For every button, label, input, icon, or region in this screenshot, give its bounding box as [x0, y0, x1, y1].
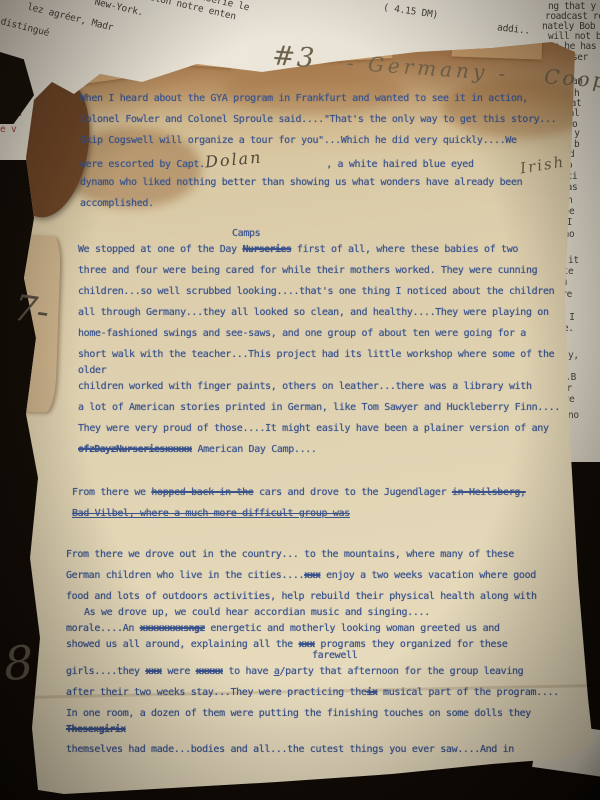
- typed-line: Camps: [232, 228, 576, 239]
- typed-segment: energetic and motherly looking woman gre…: [205, 623, 500, 634]
- typed-segment: cars and drove to the Jugendlager: [253, 487, 451, 498]
- typed-segment: a lot of American stories printed in Ger…: [78, 402, 560, 413]
- typed-segment: programs they organized for these: [315, 639, 508, 650]
- handwritten-note: Coop: [543, 64, 600, 92]
- typed-segment: xxx: [304, 570, 320, 581]
- typed-segment: themselves had made...bodies and all...t…: [66, 744, 514, 755]
- right-paper-fragment-text: no: [568, 410, 579, 421]
- typed-line: ofzDayzNurseriesxxxxx American Day Camp.…: [78, 439, 576, 460]
- typed-line: older: [78, 365, 576, 376]
- typed-line: all through Germany...they all looked so…: [78, 302, 576, 323]
- typed-segment: When I heard about the GYA program in Fr…: [80, 93, 528, 104]
- typed-segment: ofzDayzNurseriesxxxxx: [78, 444, 192, 455]
- typed-segment: Nurseries: [242, 244, 291, 255]
- typed-segment: morale....An: [66, 623, 140, 634]
- right-paper-fragment-text: it: [568, 255, 579, 266]
- typed-segment: From there we: [72, 487, 151, 498]
- typed-line: home-fashioned swings and see-saws, and …: [78, 323, 576, 344]
- typed-line: were escorted by Capt.Dolan, a white hai…: [80, 151, 576, 172]
- typed-line: In one room, a dozen of them were puttin…: [66, 703, 576, 724]
- typed-segment: They were very proud of those....It migh…: [78, 423, 549, 434]
- typed-line: They were very proud of those....It migh…: [78, 418, 576, 439]
- typed-segment: girls....they: [66, 666, 145, 677]
- typed-segment: home-fashioned swings and see-saws, and …: [78, 328, 526, 339]
- typed-segment: showed us all around, explaining all the: [66, 639, 299, 650]
- typed-line: accomplished.: [80, 193, 576, 214]
- typed-segment: As we drove up, we could hear accordian …: [84, 607, 430, 618]
- typed-line: From there we drove out in the country..…: [66, 544, 576, 565]
- typed-segment: short walk with the teacher...This proje…: [78, 349, 554, 360]
- typed-segment: to have: [223, 666, 274, 677]
- typed-segment: dynamo who liked nothing better than sho…: [80, 177, 522, 188]
- typed-segment: /party that afternoon for the group leav…: [280, 666, 524, 677]
- typed-segment: first of all, where these babies of two: [291, 244, 518, 255]
- typed-segment: Skip Cogswell will organize a tour for y…: [80, 135, 517, 146]
- typed-segment: xxxxx: [196, 666, 223, 677]
- typed-segment: food and lots of outdoors activities, he…: [66, 591, 537, 602]
- typed-segment: hopped back in the: [151, 487, 253, 498]
- handwritten-page-number: #3: [271, 40, 317, 74]
- typed-line: Colonel Fowler and Colonel Sproule said.…: [80, 109, 576, 130]
- typed-line: showed us all around, explaining all the…: [66, 639, 576, 650]
- pencil-margin-mark-upper: 7-: [11, 288, 51, 333]
- typed-line: dynamo who liked nothing better than sho…: [80, 172, 576, 193]
- typed-segment: in Heilsberg,: [452, 487, 526, 498]
- typed-segment: xxx: [145, 666, 161, 677]
- typed-segment: were: [162, 666, 196, 677]
- right-paper-fragment-text: y,: [568, 350, 579, 361]
- typed-text-block: When I heard about the GYA program in Fr…: [66, 88, 576, 760]
- handwritten-insertion: Dolan: [204, 147, 263, 173]
- photograph-of-typewritten-page: distinguélez agréer, MadrNew-York.selon …: [0, 0, 600, 800]
- typed-line: farewell: [312, 650, 576, 661]
- typed-segment: all through Germany...they all looked so…: [78, 307, 549, 318]
- typed-segment: xxx: [299, 639, 315, 650]
- typed-segment: accomplished.: [80, 198, 154, 209]
- typed-line: three and four were being cared for whil…: [78, 260, 576, 281]
- typed-segment: Colonel Fowler and Colonel Sproule said.…: [80, 114, 556, 125]
- typed-line: girls....they xxx were xxxxx to have a/p…: [66, 661, 576, 682]
- typed-line: When I heard about the GYA program in Fr…: [80, 88, 576, 109]
- typed-segment: xxxxxxxxsngz: [140, 623, 205, 634]
- typed-line: morale....An xxxxxxxxsngz energetic and …: [66, 618, 576, 639]
- typed-line: food and lots of outdoors activities, he…: [66, 586, 576, 607]
- typed-line: Bad Vilbel, where a much more difficult …: [72, 503, 576, 524]
- typed-line: a lot of American stories printed in Ger…: [78, 397, 576, 418]
- typed-segment: In one room, a dozen of them were puttin…: [66, 708, 531, 719]
- typed-segment: children worked with finger paints, othe…: [78, 381, 532, 392]
- typed-line: German children who live in the cities..…: [66, 565, 576, 586]
- typed-line: From there we hopped back in the cars an…: [72, 482, 576, 503]
- typed-line: Skip Cogswell will organize a tour for y…: [80, 130, 576, 151]
- typed-segment: three and four were being cared for whil…: [78, 265, 537, 276]
- typed-segment: Bad Vilbel, where a much more difficult …: [72, 508, 350, 519]
- typed-segment: older: [78, 365, 106, 376]
- typed-segment: were escorted by Capt.: [80, 159, 205, 170]
- typed-segment: From there we drove out in the country..…: [66, 549, 514, 560]
- typed-segment: musical part of the program....: [377, 687, 558, 698]
- typed-segment: children...so well scrubbed looking....t…: [78, 286, 554, 297]
- typewritten-page: When I heard about the GYA program in Fr…: [22, 38, 594, 796]
- typed-line: short walk with the teacher...This proje…: [78, 344, 576, 365]
- red-fragment-text: e v: [0, 124, 17, 135]
- typed-segment: ix: [367, 687, 378, 698]
- pencil-margin-mark-lower: 8: [2, 635, 35, 691]
- typed-segment: Thesexgirix: [66, 724, 126, 735]
- typed-line: Thesexgirix: [66, 724, 576, 735]
- typed-segment: after their two weeks stay...They were p…: [66, 687, 367, 698]
- typed-line: As we drove up, we could hear accordian …: [84, 607, 576, 618]
- typed-line: We stopped at one of the Day Nurseries f…: [78, 239, 576, 260]
- typed-line: themselves had made...bodies and all...t…: [66, 739, 576, 760]
- typed-segment: enjoy a two weeks vacation where good: [320, 570, 535, 581]
- typed-segment: German children who live in the cities..…: [66, 570, 304, 581]
- typed-segment: We stopped at one of the Day: [78, 244, 242, 255]
- typed-line: after their two weeks stay...They were p…: [66, 682, 576, 703]
- typed-line: children...so well scrubbed looking....t…: [78, 281, 576, 302]
- typed-line: children worked with finger paints, othe…: [78, 376, 576, 397]
- typed-segment: American Day Camp....: [192, 444, 317, 455]
- typed-segment: , a white haired blue eyed: [326, 159, 473, 170]
- typed-segment: farewell: [312, 650, 357, 661]
- typed-segment: Camps: [232, 228, 260, 239]
